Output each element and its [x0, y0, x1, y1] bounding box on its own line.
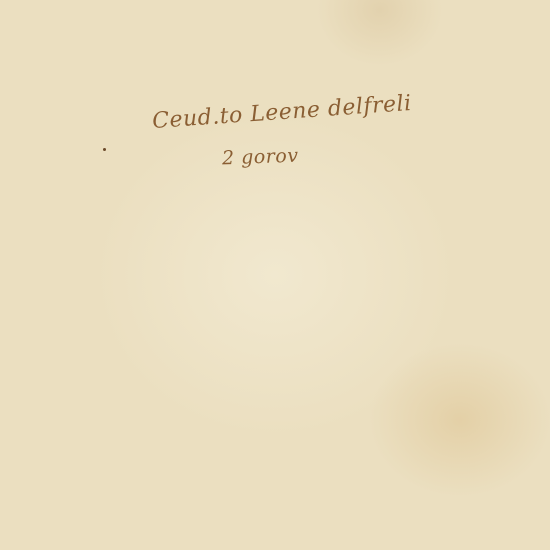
paper-page: Ceud.to Leene delfreli 2 gorov — [0, 0, 550, 550]
ink-spot — [103, 148, 106, 151]
inscription-line-1: Ceud.to Leene delfreli — [151, 91, 412, 134]
inscription-line-2: 2 gorov — [222, 145, 299, 170]
